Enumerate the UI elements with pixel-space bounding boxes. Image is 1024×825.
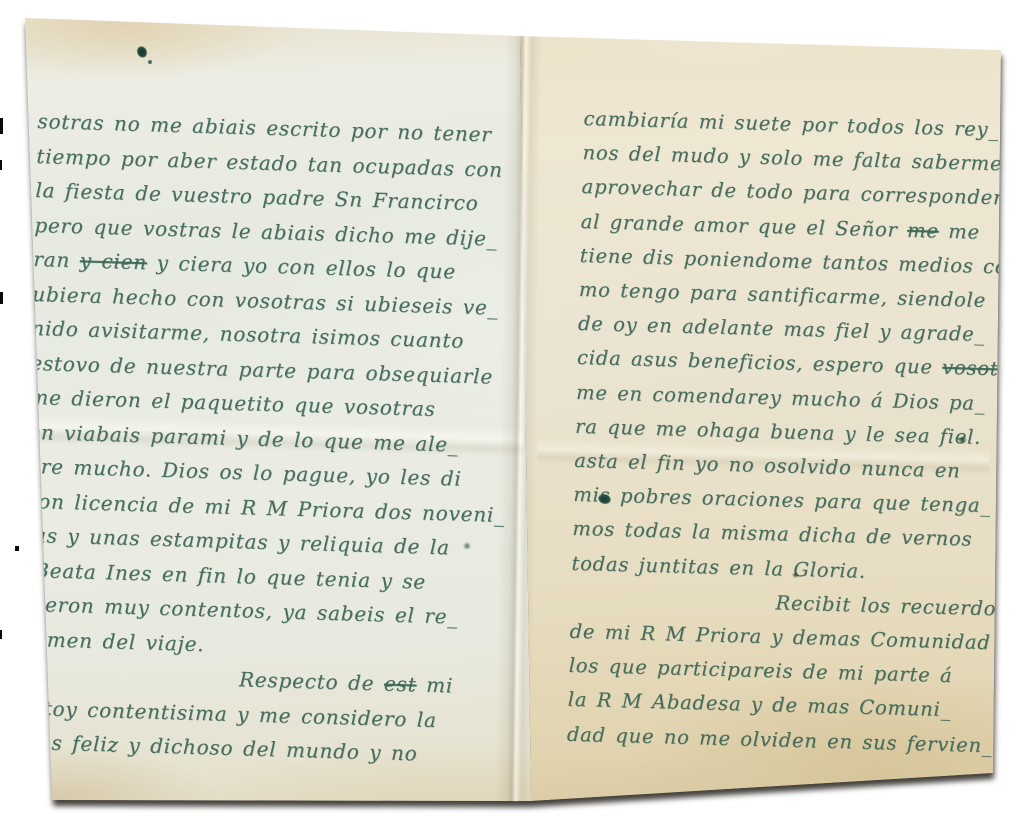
letter-text: cambiaría mi suete por todos los rey_ [583,107,999,141]
letter-text: sumen del viaje. [22,626,205,655]
letter-text: de oy en adelante mas fiel y agrade_ [578,312,986,346]
ink-blot [148,60,152,64]
scan-edge-speck [0,630,2,639]
scan-edge-speck [0,160,2,170]
letter-text: mos todas la misma dicha de vernos [572,517,973,551]
letter-text: me [939,219,981,243]
letter-text: ra que me ohaga buena y le sea fiel. [575,415,982,449]
letter-text: y ciera yo con ellos lo que [147,250,457,283]
letter-text: cida asus beneficios, espero que [577,346,943,379]
scanned-letter-scene: sotras no me abiais escrito por no tener… [0,0,1024,825]
page-left-text: sotras no me abiais escrito por no tener… [19,104,508,773]
letter-text: mas feliz y dichoso del mundo y no [19,730,418,766]
letter-text: me dieron el paquetito que vosotras [29,385,436,421]
letter-text: la R M Abadesa y de mas Comuni_ [568,688,952,721]
struck-text: vosotras [942,356,1024,381]
letter-text: nos del mudo y solo me falta saberme [582,141,1002,175]
struck-text: me [907,218,939,242]
letter-sheet: sotras no me abiais escrito por no tener… [0,0,1024,825]
letter-paper: sotras no me abiais escrito por no tener… [0,0,1024,825]
scan-edge-speck [0,292,3,304]
page-right-text: cambiaría mi suete por todos los rey_nos… [566,102,1003,763]
ink-blot [958,436,967,444]
letter-text: Recibit los recuerdos [775,591,1007,620]
letter-text: todas juntitas en la Gloria. [571,551,866,582]
letter-text: me en comendarey mucho á Dios pa_ [576,381,986,415]
letter-text: Respecto de [239,667,385,695]
letter-text: ran [33,247,80,272]
scan-edge-speck [0,118,3,134]
letter-text: aprovechar de todo para corresponder [581,175,1003,209]
letter-text: mis pobres oraciones para que tenga_ [573,483,991,517]
letter-text: de mi R M Priora y demas Comunidad [569,620,991,654]
letter-text: asta el fin yo no osolvido nunca en [574,449,961,482]
struck-text: est [384,672,417,697]
letter-text: dad que no me olviden en sus fervien_ [567,722,993,757]
letter-text: mo tengo para santificarme, siendole [579,278,987,312]
letter-text: mi [416,672,453,697]
letter-text: al grande amor que el Señor [580,210,907,242]
struck-text: y cien [79,248,147,274]
ink-blot [463,542,471,550]
letter-text: tiene dis poniendome tantos medios co_ [580,244,1019,279]
letter-text: los que participareis de mi parte á [568,654,952,687]
scan-edge-speck [15,546,19,551]
ink-blot [792,572,799,578]
